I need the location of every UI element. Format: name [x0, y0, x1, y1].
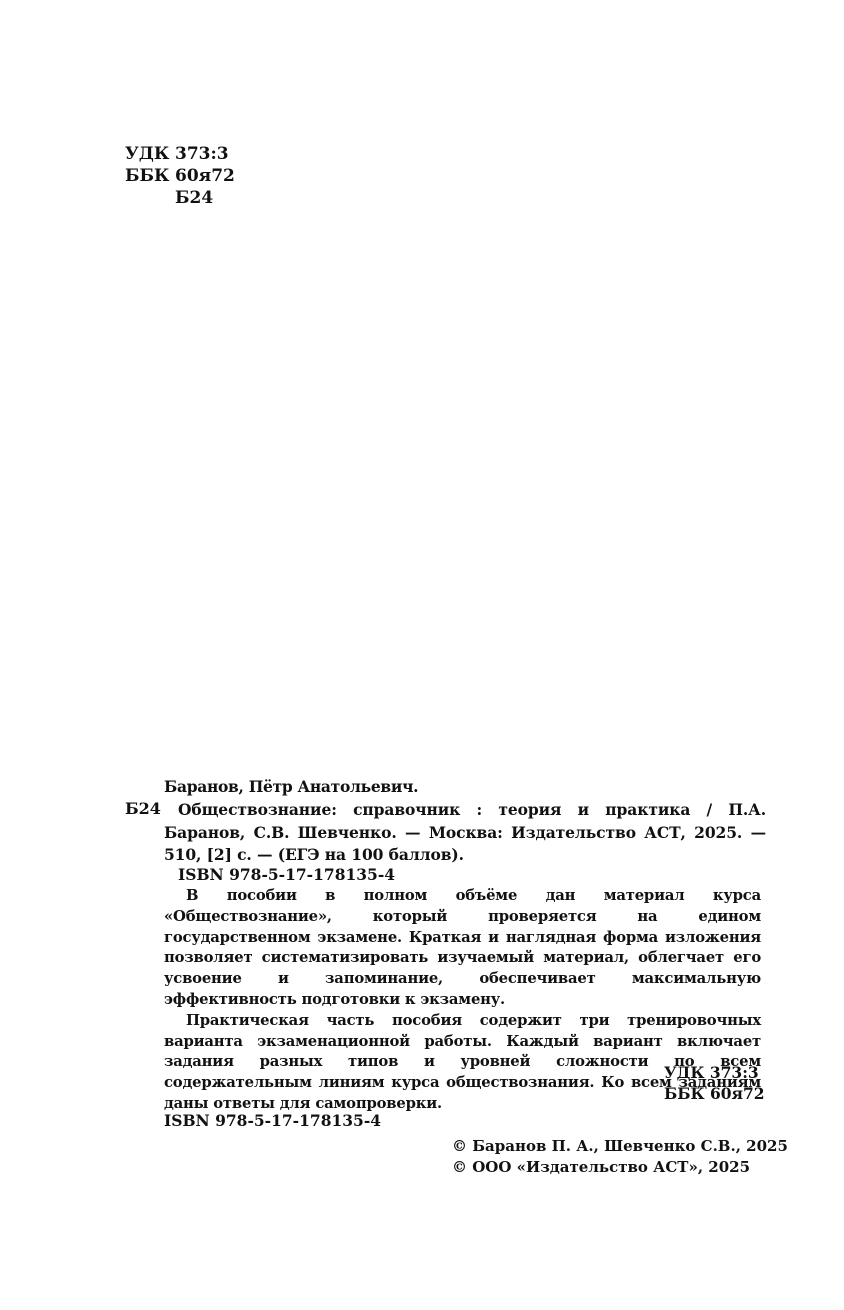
copyright-publisher: © ООО «Издательство АСТ», 2025: [452, 1157, 788, 1178]
udk-label: УДК: [125, 143, 175, 165]
bbk-row: ББК 60я72: [125, 165, 235, 187]
author-mark-spacer: [125, 187, 175, 209]
author-mark: Б24: [125, 799, 161, 818]
udk-code: УДК 373:3: [664, 1063, 765, 1084]
copyright-authors: © Баранов П. А., Шевченко С.В., 2025: [452, 1136, 788, 1157]
copyright-block: © Баранов П. А., Шевченко С.В., 2025 © О…: [452, 1136, 788, 1178]
classification-codes-bottom: УДК 373:3 ББК 60я72: [664, 1063, 765, 1104]
bbk-value: 60я72: [175, 165, 235, 187]
author-mark-value: Б24: [175, 187, 213, 209]
annotation-paragraph: В пособии в полном объёме дан материал к…: [164, 886, 761, 1011]
bbk-code: ББК 60я72: [664, 1084, 765, 1105]
udk-row: УДК 373:3: [125, 143, 235, 165]
author-mark-row: Б24: [125, 187, 235, 209]
bibliographic-description: Обществознание: справочник : теория и пр…: [164, 799, 766, 867]
author-heading: Баранов, Пётр Анатольевич.: [164, 777, 418, 796]
bbk-label: ББК: [125, 165, 175, 187]
isbn-record: ISBN 978-5-17-178135-4: [178, 865, 395, 884]
classification-codes-top: УДК 373:3 ББК 60я72 Б24: [125, 143, 235, 209]
isbn-bottom: ISBN 978-5-17-178135-4: [164, 1111, 381, 1130]
udk-value: 373:3: [175, 143, 229, 165]
